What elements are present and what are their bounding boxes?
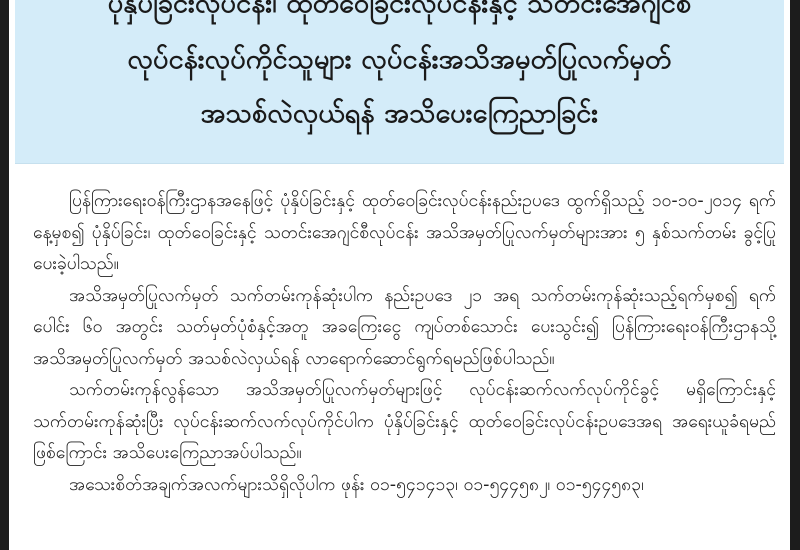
notice-body: ပြန်ကြားရေးဝန်ကြီးဌာနအနေဖြင့် ပုံနှိပ်ခြ… <box>33 186 776 501</box>
paragraph-issuance: ပြန်ကြားရေးဝန်ကြီးဌာနအနေဖြင့် ပုံနှိပ်ခြ… <box>33 186 776 281</box>
notice-title-line-1: ပုံနှိပ်ခြင်းလုပ်ငန်း၊ ထုတ်ဝေခြင်းလုပ်ငန… <box>15 0 784 26</box>
notice-title-line-3: အသစ်လဲလှယ်ရန် အသိပေးကြေညာခြင်း <box>15 96 784 136</box>
paragraph-contact-phones: အသေးစိတ်အချက်အလက်များသိရှိလိုပါက ဖုန်း ၀… <box>33 470 776 502</box>
paragraph-renewal-procedure: အသိအမှတ်ပြုလက်မှတ် သက်တမ်းကုန်ဆုံးပါက နည… <box>33 281 776 376</box>
paragraph-legal-warning: သက်တမ်းကုန်လွန်သော အသိအမှတ်ပြုလက်မှတ်မျာ… <box>33 375 776 470</box>
notice-header: ပုံနှိပ်ခြင်းလုပ်ငန်း၊ ထုတ်ဝေခြင်းလုပ်ငန… <box>15 0 784 164</box>
notice-page: ပုံနှိပ်ခြင်းလုပ်ငန်း၊ ထုတ်ဝေခြင်းလုပ်ငန… <box>0 0 800 550</box>
notice-title-line-2: လုပ်ငန်းလုပ်ကိုင်သူများ လုပ်ငန်းအသိအမှတ်… <box>15 42 784 82</box>
